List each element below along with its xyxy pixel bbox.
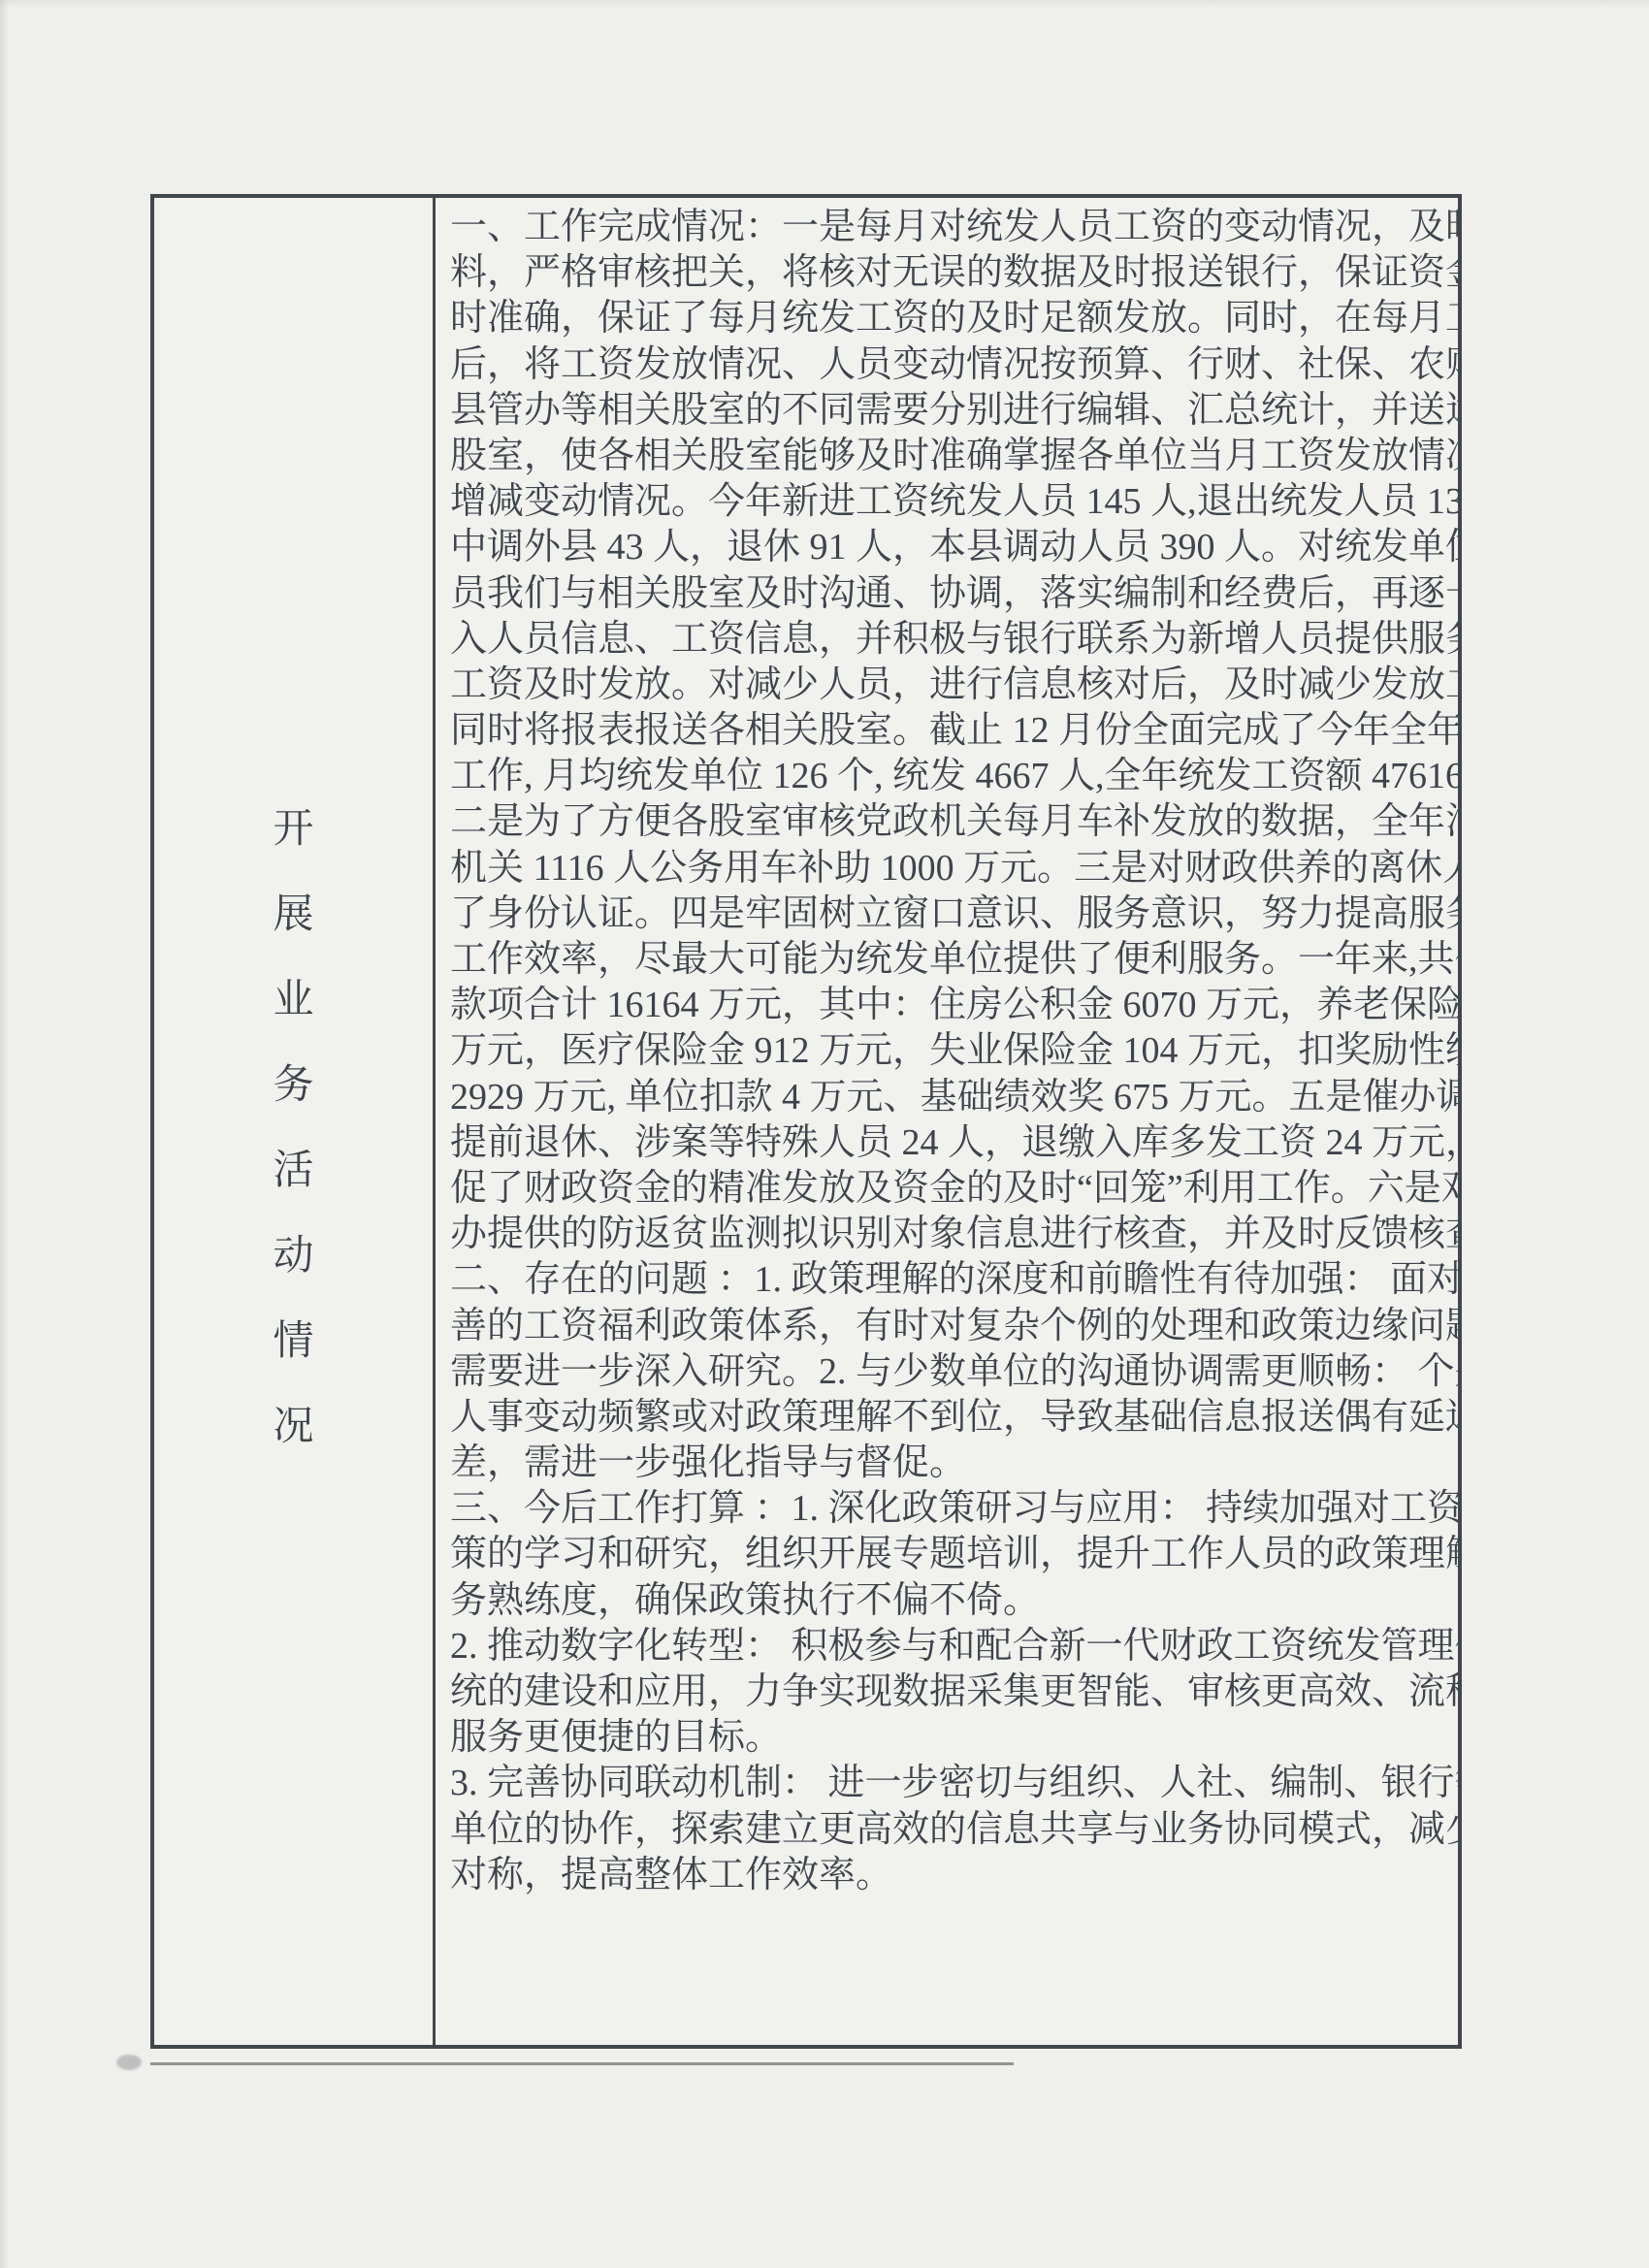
scan-artifact-smudge bbox=[116, 2055, 142, 2070]
text-line: 一、工作完成情况：一是每月对统发人员工资的变动情况，及时收集资 bbox=[450, 205, 1446, 250]
text-line: 员我们与相关股室及时沟通、协调，落实编制和经费后，再逐一核对录 bbox=[450, 571, 1446, 617]
text-line: 了身份认证。四是牢固树立窗口意识、服务意识，努力提高服务质量和 bbox=[450, 891, 1446, 937]
row-label-char: 情 bbox=[273, 1321, 313, 1362]
text-line: 后，将工资发放情况、人员变动情况按预算、行财、社保、农财、乡财 bbox=[450, 342, 1446, 388]
text-line: 工资及时发放。对减少人员，进行信息核对后，及时减少发放工资金额， bbox=[450, 663, 1446, 708]
text-line: 机关 1116 人公务用车补助 1000 万元。三是对财政供养的离休人员进行 bbox=[450, 846, 1446, 891]
text-line: 中调外县 43 人，退休 91 人，本县调动人员 390 人。对统发单位新增人 bbox=[450, 525, 1446, 570]
text-line: 同时将报表报送各相关股室。截止 12 月份全面完成了今年全年的统发 bbox=[450, 708, 1446, 754]
text-line: 3. 完善协同联动机制： 进一步密切与组织、人社、编制、银行等关联 bbox=[450, 1761, 1446, 1806]
text-line: 工作, 月均统发单位 126 个, 统发 4667 人,全年统发工资额 4761… bbox=[450, 754, 1446, 799]
row-label-char: 动 bbox=[273, 1236, 313, 1277]
text-line: 二、存在的问题 ：1. 政策理解的深度和前瞻性有待加强： 面对不断完 bbox=[450, 1257, 1446, 1303]
text-line: 县管办等相关股室的不同需要分别进行编辑、汇总统计，并送达各相关 bbox=[450, 388, 1446, 434]
text-line: 务熟练度，确保政策执行不偏不倚。 bbox=[450, 1578, 1446, 1624]
row-label-char: 业 bbox=[273, 980, 313, 1021]
text-line: 增减变动情况。今年新进工资统发人员 145 人,退出统发人员 134 人，其 bbox=[450, 479, 1446, 525]
text-line: 策的学习和研究，组织开展专题培训，提升工作人员的政策理解力和业 bbox=[450, 1532, 1446, 1577]
text-line: 人事变动频繁或对政策理解不到位，导致基础信息报送偶有延迟或误 bbox=[450, 1395, 1446, 1441]
text-line: 二是为了方便各股室审核党政机关每月车补发放的数据，全年汇总党政 bbox=[450, 799, 1446, 845]
row-label-char: 活 bbox=[273, 1150, 313, 1191]
content-cell: 一、工作完成情况：一是每月对统发人员工资的变动情况，及时收集资料，严格审核把关，… bbox=[436, 198, 1458, 2045]
text-line: 促了财政资金的精准发放及资金的及时“回笼”利用工作。六是对县委农 bbox=[450, 1166, 1446, 1212]
row-label-char: 务 bbox=[273, 1065, 313, 1106]
text-line: 时准确，保证了每月统发工资的及时足额发放。同时，在每月工资发放 bbox=[450, 296, 1446, 341]
text-line: 办提供的防返贫监测拟识别对象信息进行核查，并及时反馈核查结果。 bbox=[450, 1212, 1446, 1257]
text-line: 善的工资福利政策体系，有时对复杂个例的处理和政策边缘问题的把握 bbox=[450, 1304, 1446, 1349]
text-line: 2929 万元, 单位扣款 4 万元、基础绩效奖 675 万元。五是催办调出外地… bbox=[450, 1075, 1446, 1120]
text-line: 对称，提高整体工作效率。 bbox=[450, 1853, 1446, 1898]
text-line: 统的建设和应用，力争实现数据采集更智能、审核更高效、流程更透明、 bbox=[450, 1669, 1446, 1715]
text-line: 提前退休、涉案等特殊人员 24 人，退缴入库多发工资 24 万元，有力督 bbox=[450, 1120, 1446, 1166]
text-line: 2. 推动数字化转型： 积极参与和配合新一代财政工资统发管理信息系 bbox=[450, 1624, 1446, 1669]
row-label-cell: 开展业务活动情况 bbox=[154, 198, 436, 2045]
row-label-char: 展 bbox=[273, 894, 313, 935]
text-line: 单位的协作，探索建立更高效的信息共享与业务协同模式，减少信息不 bbox=[450, 1807, 1446, 1853]
text-line: 三、今后工作打算 ：1. 深化政策研习与应用： 持续加强对工资福利政 bbox=[450, 1486, 1446, 1532]
text-line: 料，严格审核把关，将核对无误的数据及时报送银行，保证资金划拨及 bbox=[450, 250, 1446, 296]
text-line: 需要进一步深入研究。2. 与少数单位的沟通协调需更顺畅： 个别单位 bbox=[450, 1349, 1446, 1395]
text-line: 差，需进一步强化指导与督促。 bbox=[450, 1441, 1446, 1486]
row-label-char: 开 bbox=[273, 809, 313, 850]
text-line: 入人员信息、工资信息，并积极与银行联系为新增人员提供服务，保证 bbox=[450, 617, 1446, 663]
scan-artifact-line bbox=[150, 2062, 1014, 2065]
text-line: 服务更便捷的目标。 bbox=[450, 1715, 1446, 1761]
text-line: 万元，医疗保险金 912 万元，失业保险金 104 万元，扣奖励性绩效工资 bbox=[450, 1028, 1446, 1074]
report-table: 开展业务活动情况 一、工作完成情况：一是每月对统发人员工资的变动情况，及时收集资… bbox=[150, 194, 1462, 2049]
row-label-char: 况 bbox=[273, 1407, 313, 1447]
text-line: 款项合计 16164 万元，其中：住房公积金 6070 万元，养老保险金 547… bbox=[450, 983, 1446, 1028]
text-line: 股室，使各相关股室能够及时准确掌握各单位当月工资发放情况及人员 bbox=[450, 434, 1446, 479]
text-line: 工作效率，尽最大可能为统发单位提供了便利服务。一年来,共代扣各种 bbox=[450, 937, 1446, 983]
